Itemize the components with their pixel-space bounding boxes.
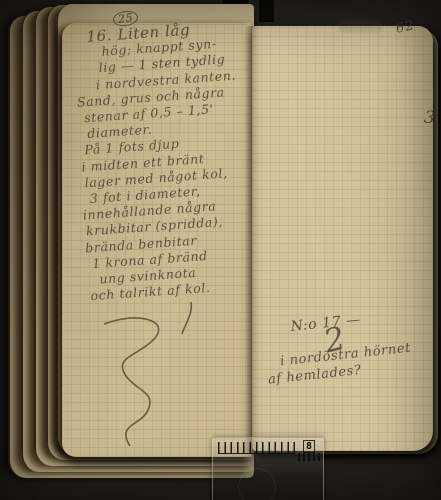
squiggle-mark (96, 300, 216, 450)
lens-reflection-circle (238, 468, 276, 500)
faint-stamp (338, 20, 382, 33)
left-page-handwriting: 16. Liten låg hög; knappt syn- lig — 1 s… (70, 17, 274, 305)
ruler-number-label: 8 (303, 440, 315, 453)
background-clamp-bar (259, 0, 274, 22)
margin-numeral-mark: 3 (423, 107, 436, 128)
notebook-photograph: 25 16. Liten låg hög; knappt syn- lig — … (0, 0, 441, 500)
ruler-marking-glyphs (298, 453, 320, 461)
ruler-tick-marks (218, 442, 295, 454)
